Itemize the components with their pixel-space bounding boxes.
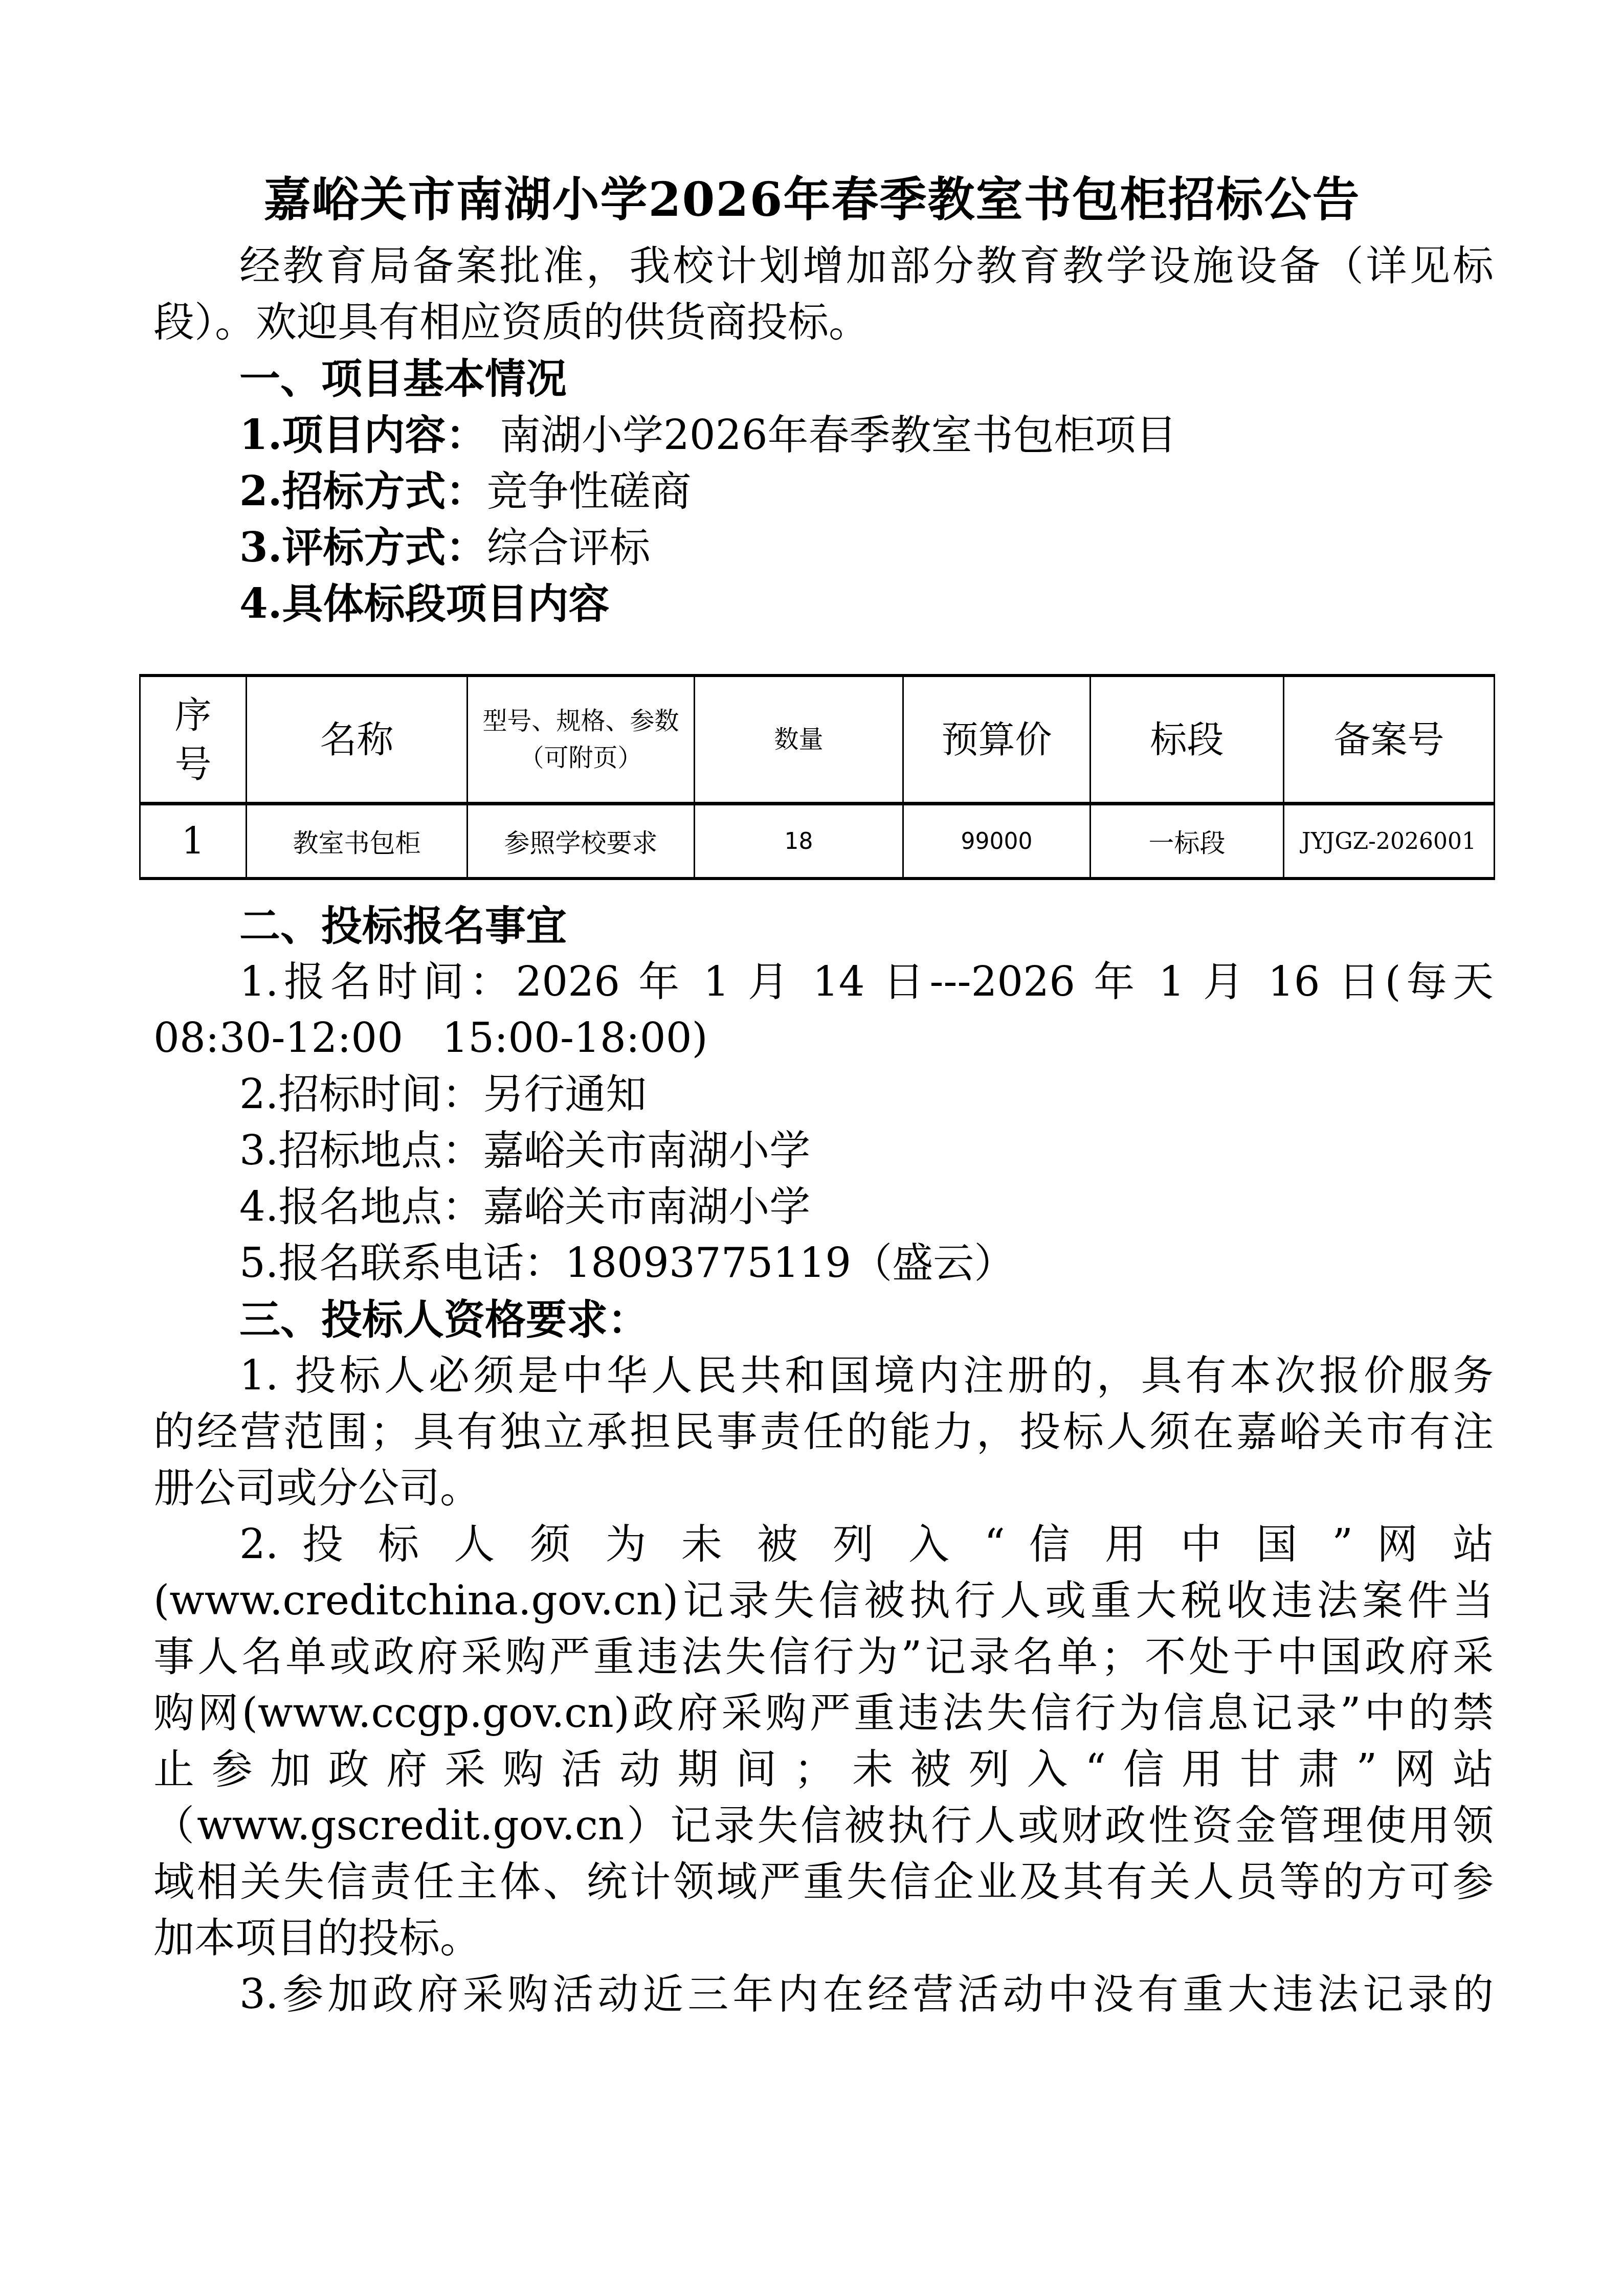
item-label: 2.招标方式： — [239, 467, 487, 515]
registration-time-line-1: 1.报名时间：2026 年 1 月 14 日---2026 年 1 月 16 日… — [239, 956, 1494, 1007]
project-content-item: 1.项目内容： 南湖小学2026年春季教室书包柜项目 — [239, 409, 1494, 461]
document-title: 嘉峪关市南湖小学2026年春季教室书包柜招标公告 — [0, 169, 1624, 230]
qualification-2-line-8: 加本项目的投标。 — [153, 1912, 1494, 1964]
item-value: 南湖小学2026年春季教室书包柜项目 — [487, 411, 1177, 459]
cell-spec: 参照学校要求 — [468, 804, 695, 879]
item-label: 3.评标方式： — [239, 523, 487, 571]
registration-phone: 5.报名联系电话：18093775119（盛云） — [239, 1237, 1494, 1289]
header-spec: 型号、规格、参数（可附页） — [468, 676, 695, 804]
cell-budget: 99000 — [903, 804, 1091, 879]
evaluation-method-item: 3.评标方式：综合评标 — [239, 522, 1494, 573]
item-value: 竞争性磋商 — [487, 467, 692, 515]
bidding-time: 2.招标时间：另行通知 — [239, 1069, 1494, 1120]
qualification-3-line-1: 3.参加政府采购活动近三年内在经营活动中没有重大违法记录的 — [239, 1969, 1494, 2020]
header-index: 序号 — [140, 676, 247, 804]
qualification-2-line-1: 2. 投 标 人 须 为 未 被 列 入 “ 信 用 中 国 ” 网 站 — [239, 1519, 1494, 1570]
header-lot: 标段 — [1091, 676, 1284, 804]
qualification-2-line-3: 事人名单或政府采购严重违法失信行为”记录名单；不处于中国政府采 — [153, 1631, 1494, 1682]
qualification-2-line-7: 域相关失信责任主体、统计领域严重失信企业及其有关人员等的方可参 — [153, 1856, 1494, 1907]
registration-location: 4.报名地点：嘉峪关市南湖小学 — [239, 1181, 1494, 1232]
cell-quantity: 18 — [695, 804, 903, 879]
item-label: 4.具体标段项目内容 — [239, 579, 610, 627]
item-label: 1.项目内容： — [239, 411, 487, 459]
bidding-location: 3.招标地点：嘉峪关市南湖小学 — [239, 1125, 1494, 1176]
intro-line-2: 段）。欢迎具有相应资质的供货商投标。 — [153, 297, 1494, 348]
cell-index: 1 — [140, 804, 247, 879]
table-row: 1 教室书包柜 参照学校要求 18 99000 一标段 JYJGZ-202600… — [140, 804, 1495, 879]
cell-record-no: JYJGZ-2026001 — [1284, 804, 1495, 879]
item-value: 综合评标 — [487, 524, 651, 571]
qualification-1-line-3: 册公司或分公司。 — [153, 1462, 1494, 1514]
section-3-heading: 三、投标人资格要求： — [239, 1294, 1494, 1345]
section-2-heading: 二、投标报名事宜 — [239, 900, 1494, 951]
qualification-2-line-6: （www.gscredit.gov.cn）记录失信被执行人或财政性资金管理使用领 — [153, 1800, 1494, 1851]
header-name: 名称 — [247, 676, 468, 804]
header-record-no: 备案号 — [1284, 676, 1495, 804]
table-header-row: 序号 名称 型号、规格、参数（可附页） 数量 预算价 标段 备案号 — [140, 676, 1495, 804]
qualification-2-line-4: 购网(www.ccgp.gov.cn)政府采购严重违法失信行为信息记录”中的禁 — [153, 1687, 1494, 1739]
qualification-1-line-2: 的经营范围；具有独立承担民事责任的能力，投标人须在嘉峪关市有注 — [153, 1406, 1494, 1457]
registration-time-line-2: 08:30-12:00 15:00-18:00) — [153, 1012, 1494, 1064]
document-page: 嘉峪关市南湖小学2026年春季教室书包柜招标公告 经教育局备案批准，我校计划增加… — [0, 0, 1624, 2296]
qualification-2-line-5: 止参加政府采购活动期间；未被列入“信用甘肃”网站 — [153, 1744, 1494, 1795]
bidding-method-item: 2.招标方式：竞争性磋商 — [239, 465, 1494, 517]
lot-content-item: 4.具体标段项目内容 — [239, 578, 1494, 629]
lot-table: 序号 名称 型号、规格、参数（可附页） 数量 预算价 标段 备案号 1 教室书包… — [139, 674, 1495, 880]
cell-lot: 一标段 — [1091, 804, 1284, 879]
intro-line-1: 经教育局备案批准，我校计划增加部分教育教学设施设备（详见标 — [239, 240, 1494, 291]
header-budget: 预算价 — [903, 676, 1091, 804]
qualification-1-line-1: 1. 投标人必须是中华人民共和国境内注册的，具有本次报价服务 — [239, 1350, 1494, 1401]
qualification-2-line-2: (www.creditchina.gov.cn)记录失信被执行人或重大税收违法案… — [153, 1575, 1494, 1626]
header-quantity: 数量 — [695, 676, 903, 804]
section-1-heading: 一、项目基本情况 — [239, 353, 1494, 404]
cell-name: 教室书包柜 — [247, 804, 468, 879]
